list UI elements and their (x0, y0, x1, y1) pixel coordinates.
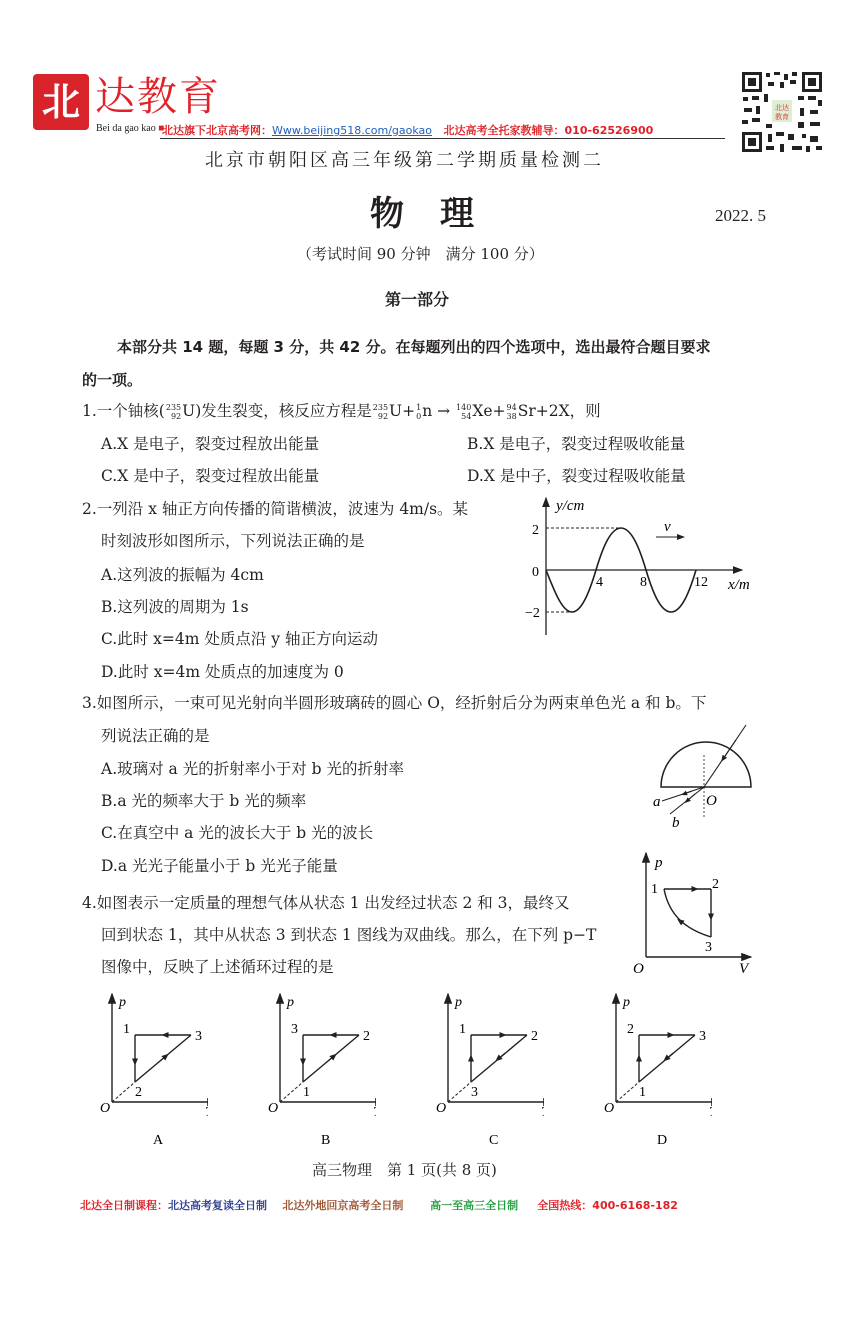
logo-text: 达教育 (95, 74, 221, 120)
instructions-cont: 的一项。 (82, 369, 142, 390)
x-tick: 4 (596, 575, 603, 590)
q1-option-a: A.X 是电子，裂变过程放出能量 (101, 434, 319, 454)
q3-option-d: D.a 光光子能量小于 b 光光子能量 (101, 856, 338, 876)
velocity-label: v (664, 519, 671, 535)
course-link-1[interactable]: 北达高考复读全日制 (168, 1199, 267, 1212)
svg-text:T: T (709, 1105, 712, 1120)
graph-option-c[interactable]: p 1 2 3 O T C (431, 990, 544, 1154)
exam-subtitle: 北京市朝阳区高三年级第二学期质量检测二 (205, 146, 604, 172)
svg-text:1: 1 (459, 1022, 466, 1037)
svg-text:2: 2 (135, 1085, 142, 1100)
center-o-label: O (706, 793, 717, 809)
svg-text:2: 2 (531, 1029, 538, 1044)
header-links: 北达旗下北京高考网：Www.beijing518.com/gaokao 北达高考… (162, 122, 653, 138)
question-1-stem: 1.一个铀核(23592U)发生裂变，核反应方程是23592U+10n → 14… (82, 401, 601, 421)
svg-text:2: 2 (363, 1029, 370, 1044)
svg-text:3: 3 (471, 1085, 478, 1100)
svg-text:T: T (541, 1105, 544, 1120)
state-label: 1 (651, 882, 658, 897)
svg-text:p: p (286, 995, 294, 1010)
origin-label: O (633, 961, 644, 977)
graph-option-b[interactable]: p 3 2 1 O T B (263, 990, 376, 1154)
stem-text: 一个铀核( (97, 402, 165, 420)
site-link[interactable]: Www.beijing518.com/gaokao (272, 124, 432, 137)
svg-text:3: 3 (291, 1022, 298, 1037)
svg-text:O: O (100, 1101, 110, 1116)
q1-option-c: C.X 是中子，裂变过程放出能量 (101, 466, 319, 486)
hotline: 全国热线：400-6168-182 (537, 1199, 678, 1212)
q2-option-c: C.此时 x=4m 处质点沿 y 轴正方向运动 (101, 629, 378, 649)
course-link-3[interactable]: 高一至高三全日制 (430, 1199, 518, 1212)
stem-text: Sr+2X，则 (518, 402, 601, 420)
tutor-label: 北达高考全托家教辅导：010-62526900 (444, 124, 654, 137)
svg-text:p: p (622, 995, 630, 1010)
course-link-2[interactable]: 北达外地回京高考全日制 (282, 1199, 403, 1212)
y-tick: −2 (525, 606, 540, 621)
state-label: 2 (712, 877, 719, 892)
x-tick: 8 (640, 575, 647, 590)
svg-text:p: p (118, 995, 126, 1010)
section-heading: 第一部分 (385, 287, 449, 310)
isotope-xe: 14054 (456, 403, 471, 421)
q2-option-d: D.此时 x=4m 处质点的加速度为 0 (101, 662, 344, 682)
exam-info: （考试时间 90 分钟 满分 100 分） (297, 243, 544, 264)
page-number: 高三物理 第 1 页(共 8 页) (312, 1159, 497, 1180)
y-tick: 2 (532, 523, 539, 538)
svg-text:3: 3 (699, 1029, 706, 1044)
svg-text:O: O (436, 1101, 446, 1116)
stem-text: n → (422, 402, 455, 420)
question-4-stem-cont: 回到状态 1，其中从状态 3 到状态 1 图线为双曲线。那么，在下列 p−T (101, 925, 596, 945)
logo-pinyin: Bei da gao kao ■ (96, 123, 164, 134)
graph-label-d: D (657, 1133, 667, 1148)
x-axis-label: x/m (727, 577, 750, 593)
svg-text:3: 3 (195, 1029, 202, 1044)
refraction-diagram: a b O (640, 715, 780, 834)
svg-text:1: 1 (303, 1085, 310, 1100)
stem-text: U)发生裂变，核反应方程是 (182, 402, 372, 420)
ray-a-label: a (653, 794, 661, 810)
question-2-stem: 2.一列沿 x 轴正方向传播的简谐横波，波速为 4m/s。某 (82, 499, 468, 519)
courses-label: 北达全日制课程： (80, 1199, 168, 1212)
wave-graph: y/cm v 2 0 −2 4 8 12 x/m (520, 490, 770, 644)
question-2-stem-cont: 时刻波形如图所示，下列说法正确的是 (101, 531, 365, 551)
answer-graphs: p 1 3 2 O T A p 3 2 1 O T B (95, 990, 712, 1154)
graph-option-d[interactable]: p 2 3 1 O T D (599, 990, 712, 1154)
page-title: 物理 (370, 186, 510, 235)
q2-option-b: B.这列波的周期为 1s (101, 597, 249, 617)
header-divider (160, 138, 725, 139)
svg-text:T: T (373, 1105, 376, 1120)
p-axis-label: p (654, 855, 663, 871)
question-4-stem: 4.如图表示一定质量的理想气体从状态 1 出发经过状态 2 和 3，最终又 (82, 893, 570, 913)
question-3-stem-cont: 列说法正确的是 (101, 726, 210, 746)
question-number: 1. (82, 402, 97, 420)
graph-option-a[interactable]: p 1 3 2 O T A (95, 990, 208, 1154)
svg-text:1: 1 (639, 1085, 646, 1100)
svg-text:p: p (454, 995, 462, 1010)
q1-option-d: D.X 是中子，裂变过程吸收能量 (467, 466, 686, 486)
instructions: 本部分共 14 题，每题 3 分，共 42 分。在每题列出的四个选项中，选出最符… (117, 336, 711, 357)
stem-text: U+ (389, 402, 415, 420)
site-label: 北达旗下北京高考网： (162, 124, 272, 137)
q3-option-b: B.a 光的频率大于 b 光的频率 (101, 791, 306, 811)
ray-b-label: b (672, 815, 680, 830)
graph-label-c: C (489, 1133, 498, 1148)
exam-date: 2022. 5 (715, 206, 766, 226)
y-tick: 0 (532, 565, 539, 580)
svg-text:教育: 教育 (775, 112, 789, 121)
pinyin-text: Bei da gao kao (96, 123, 156, 134)
q1-option-b: B.X 是电子，裂变过程吸收能量 (467, 434, 685, 454)
x-tick: 12 (694, 575, 708, 590)
isotope-u: 23592 (166, 403, 181, 421)
isotope-sr: 9438 (507, 403, 517, 421)
q2-option-a: A.这列波的振幅为 4cm (101, 565, 264, 585)
v-axis-label: V (739, 961, 750, 977)
graph-label-b: B (321, 1133, 330, 1148)
logo-mark: 北 (33, 74, 89, 130)
pv-diagram: p 1 2 3 O V (625, 845, 765, 984)
graph-label-a: A (153, 1133, 164, 1148)
y-axis-label: y/cm (554, 498, 584, 514)
question-3-stem: 3.如图所示，一束可见光射向半圆形玻璃砖的圆心 O，经折射后分为两束单色光 a … (82, 693, 706, 713)
svg-text:O: O (268, 1101, 278, 1116)
stem-text: Xe+ (472, 402, 505, 420)
question-4-stem-cont2: 图像中，反映了上述循环过程的是 (101, 957, 334, 977)
qr-code-icon: 北达 教育 (740, 70, 824, 154)
svg-text:T: T (205, 1105, 208, 1120)
svg-text:2: 2 (627, 1022, 634, 1037)
footer-ad-bar: 北达全日制课程：北达高考复读全日制 北达外地回京高考全日制 高一至高三全日制 全… (80, 1197, 678, 1213)
state-label: 3 (705, 940, 712, 955)
q3-option-c: C.在真空中 a 光的波长大于 b 光的波长 (101, 823, 373, 843)
q3-option-a: A.玻璃对 a 光的折射率小于对 b 光的折射率 (101, 759, 404, 779)
svg-text:O: O (604, 1101, 614, 1116)
qr-center-text: 北达 (775, 103, 789, 112)
isotope-n: 10 (416, 403, 421, 421)
svg-text:1: 1 (123, 1022, 130, 1037)
isotope-u2: 23592 (373, 403, 388, 421)
